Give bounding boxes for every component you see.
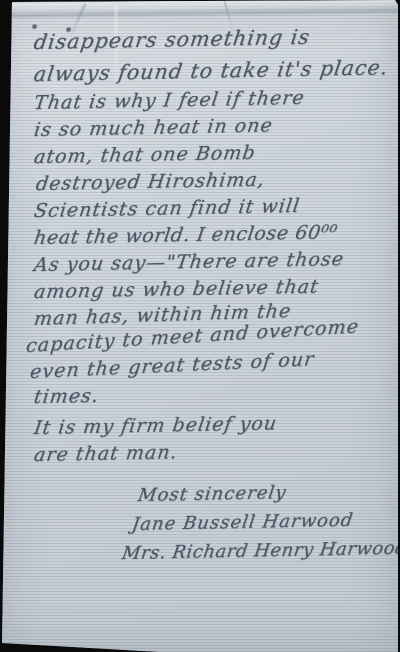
signature-line: Mrs. Richard Henry Harwood. — [120, 534, 400, 568]
letter-page: disappears something isalways found to t… — [0, 0, 400, 652]
handwritten-line: times. — [32, 378, 400, 409]
fold-crease — [6, 0, 400, 19]
letter-closing: Most sincerelyJane Bussell HarwoodMrs. R… — [138, 481, 398, 568]
letter-body: disappears something isalways found to t… — [34, 26, 398, 469]
letter-text: disappears something isalways found to t… — [34, 26, 398, 568]
scan-background: { "page": { "description": "Scanned hand… — [0, 0, 400, 652]
handwritten-line: are that man. — [32, 435, 400, 469]
